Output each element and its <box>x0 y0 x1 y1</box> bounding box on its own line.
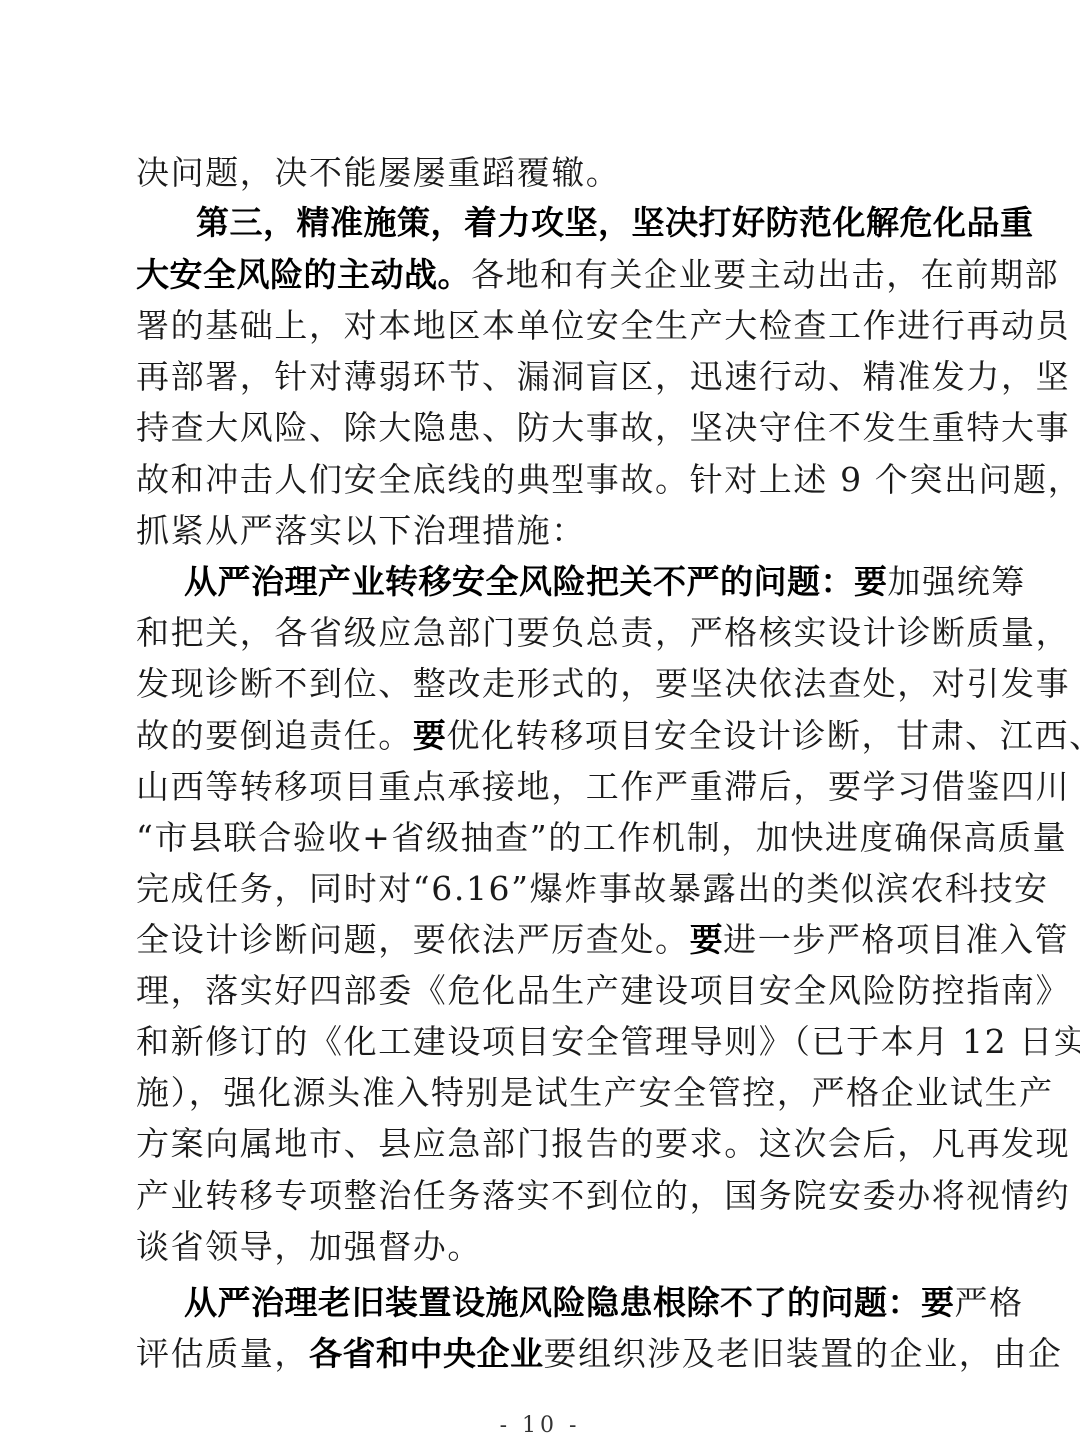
text-line: 完成任务，同时对“6.16”爆炸事故暴露出的类似滨农科技安 <box>136 869 946 909</box>
bold-text-segment: 各省和中央企业 <box>309 1334 544 1373</box>
text-segment: 和新修订的《化工建设项目安全管理导则》（已于本月 12 日实 <box>136 1022 1080 1061</box>
text-segment: 优化转移项目安全设计诊断，甘肃、江西、 <box>446 716 1080 755</box>
text-segment: 方案向属地市、县应急部门报告的要求。这次会后，凡再发现 <box>136 1124 1070 1163</box>
text-line: 决问题，决不能屡屡重蹈覆辙。 <box>136 153 946 193</box>
text-segment: 进一步严格项目准入管 <box>723 920 1069 959</box>
text-line: 抓紧从严落实以下治理措施： <box>136 511 946 551</box>
text-segment: 施），强化源头准入特别是试生产安全管控，严格企业试生产 <box>136 1073 1054 1112</box>
bold-text-segment: 要 <box>413 716 447 755</box>
text-line: 施），强化源头准入特别是试生产安全管控，严格企业试生产 <box>136 1073 946 1113</box>
text-segment: “市县联合验收+省级抽查”的工作机制，加快进度确保高质量 <box>136 818 1067 857</box>
text-line: 产业转移专项整治任务落实不到位的，国务院安委办将视情约 <box>136 1176 946 1216</box>
text-line: 和把关，各省级应急部门要负总责，严格核实设计诊断质量， <box>136 613 946 653</box>
text-line: 方案向属地市、县应急部门报告的要求。这次会后，凡再发现 <box>136 1124 946 1164</box>
text-line: 谈省领导，加强督办。 <box>136 1227 946 1267</box>
text-segment: 全设计诊断问题，要依法严厉查处。 <box>136 920 690 959</box>
text-line: 山西等转移项目重点承接地，工作严重滞后，要学习借鉴四川 <box>136 767 946 807</box>
text-segment: 署的基础上，对本地区本单位安全生产大检查工作进行再动员 <box>136 306 1070 345</box>
text-segment: 决问题，决不能屡屡重蹈覆辙。 <box>136 153 620 192</box>
text-segment: 发现诊断不到位、整改走形式的，要坚决依法查处，对引发事 <box>136 664 1070 703</box>
bold-text-segment: 大安全风险的主动战。 <box>136 255 471 294</box>
text-line: 故的要倒追责任。要优化转移项目安全设计诊断，甘肃、江西、 <box>136 716 946 756</box>
text-segment: 故和冲击人们安全底线的典型事故。针对上述 9 个突出问题， <box>136 460 1080 499</box>
text-segment: 产业转移专项整治任务落实不到位的，国务院安委办将视情约 <box>136 1176 1070 1215</box>
bold-text-segment: 第三，精准施策，着力攻坚，坚决打好防范化解危化品重 <box>196 203 1034 242</box>
text-segment: 严格 <box>955 1283 1024 1322</box>
text-segment: 和把关，各省级应急部门要负总责，严格核实设计诊断质量， <box>136 613 1070 652</box>
text-line: 发现诊断不到位、整改走形式的，要坚决依法查处，对引发事 <box>136 664 946 704</box>
text-line: “市县联合验收+省级抽查”的工作机制，加快进度确保高质量 <box>136 818 946 858</box>
text-segment: 完成任务，同时对“6.16”爆炸事故暴露出的类似滨农科技安 <box>136 869 1049 908</box>
text-line: 持查大风险、除大隐患、防大事故，坚决守住不发生重特大事 <box>136 408 946 448</box>
bold-text-segment: 从严治理产业转移安全风险把关不严的问题：要 <box>184 562 888 601</box>
bold-text-segment: 从严治理老旧装置设施风险隐患根除不了的问题：要 <box>184 1283 955 1322</box>
text-segment: 各地和有关企业要主动出击，在前期部 <box>471 255 1059 294</box>
text-segment: 抓紧从严落实以下治理措施： <box>136 511 586 550</box>
text-line: 大安全风险的主动战。各地和有关企业要主动出击，在前期部 <box>136 255 946 295</box>
bold-text-segment: 要 <box>690 920 724 959</box>
text-line: 第三，精准施策，着力攻坚，坚决打好防范化解危化品重 <box>196 203 946 243</box>
page-number: - 10 - <box>0 1413 1080 1438</box>
text-line: 从严治理产业转移安全风险把关不严的问题：要加强统筹 <box>184 562 946 602</box>
text-line: 从严治理老旧装置设施风险隐患根除不了的问题：要严格 <box>184 1283 946 1323</box>
text-segment: 持查大风险、除大隐患、防大事故，坚决守住不发生重特大事 <box>136 408 1070 447</box>
text-segment: 理，落实好四部委《危化品生产建设项目安全风险防控指南》 <box>136 971 1070 1010</box>
text-line: 全设计诊断问题，要依法严厉查处。要进一步严格项目准入管 <box>136 920 946 960</box>
text-line: 理，落实好四部委《危化品生产建设项目安全风险防控指南》 <box>136 971 946 1011</box>
text-segment: 谈省领导，加强督办。 <box>136 1227 482 1266</box>
text-line: 再部署，针对薄弱环节、漏洞盲区，迅速行动、精准发力，坚 <box>136 357 946 397</box>
text-segment: 评估质量， <box>136 1334 309 1373</box>
text-segment: 山西等转移项目重点承接地，工作严重滞后，要学习借鉴四川 <box>136 767 1070 806</box>
text-segment: 故的要倒追责任。 <box>136 716 413 755</box>
text-segment: 加强统筹 <box>888 562 1026 601</box>
text-line: 署的基础上，对本地区本单位安全生产大检查工作进行再动员 <box>136 306 946 346</box>
text-line: 和新修订的《化工建设项目安全管理导则》（已于本月 12 日实 <box>136 1022 946 1062</box>
text-segment: 再部署，针对薄弱环节、漏洞盲区，迅速行动、精准发力，坚 <box>136 357 1070 396</box>
text-line: 故和冲击人们安全底线的典型事故。针对上述 9 个突出问题， <box>136 460 946 500</box>
text-line: 评估质量，各省和中央企业要组织涉及老旧装置的企业，由企 <box>136 1334 946 1374</box>
text-segment: 要组织涉及老旧装置的企业，由企 <box>544 1334 1063 1373</box>
